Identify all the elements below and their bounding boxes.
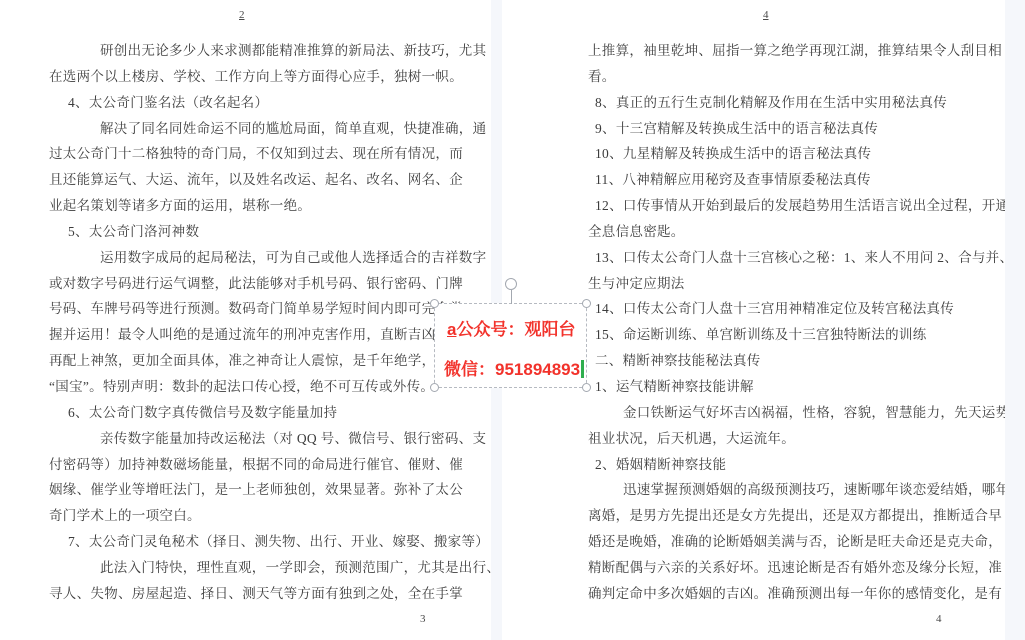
text-line: 研创出无论多少人来求测都能精准推算的新局法、新技巧，尤其 <box>100 38 479 64</box>
watermark-line2-text: 微信：951894893 <box>444 360 580 379</box>
text-line: 14、口传太公奇门人盘十三宫用神精准定位及转宫秘法真传 <box>595 296 998 322</box>
text-line: 离婚，是男方先提出还是女方先提出，还是双方都提出，推断适合早 <box>588 503 998 529</box>
resize-handle-bottom-right[interactable] <box>582 383 591 392</box>
watermark-annotation-box[interactable]: a公众号：观阳台 微信：951894893 <box>434 303 587 388</box>
text-line: “国宝”。特别声明：数卦的起法口传心授，绝不可互传或外传。 <box>49 374 479 400</box>
resize-handle-top-right[interactable] <box>582 299 591 308</box>
text-line: 全息信息密匙。 <box>588 219 998 245</box>
text-line: 解决了同名同姓命运不同的尴尬局面，简单直观，快捷准确，通 <box>100 116 479 142</box>
text-line: 寻人、失物、房屋起造、择日、测天气等方面有独到之处，全在手掌 <box>49 581 479 607</box>
text-line: 亲传数字能量加持改运秘法（对 QQ 号、微信号、银行密码、支 <box>100 426 479 452</box>
text-line: 15、命运断训练、单宫断训练及十三宫独特断法的训练 <box>595 322 998 348</box>
text-line: 看。 <box>588 64 998 90</box>
text-line: 1、运气精断神察技能讲解 <box>595 374 998 400</box>
text-line: 二、精断神察技能秘法真传 <box>595 348 998 374</box>
text-cursor <box>581 360 584 378</box>
text-line: 4、太公奇门鉴名法（改名起名） <box>68 90 479 116</box>
text-line: 业起名策划等诸多方面的运用，堪称一绝。 <box>49 193 479 219</box>
text-line: 且还能算运气、大运、流年，以及姓名改运、起名、改名、网名、企 <box>49 167 479 193</box>
document-viewer-canvas: { "canvas": { "background_color": "#f5f7… <box>0 0 1025 640</box>
text-line: 8、真正的五行生克制化精解及作用在生活中实用秘法真传 <box>595 90 998 116</box>
page-number-header: 4 <box>763 9 769 21</box>
text-line: 上推算，袖里乾坤、屈指一算之绝学再现江湖，推算结果令人刮目相 <box>588 38 998 64</box>
text-line: 确判定命中多次婚姻的吉凶。准确预测出每一年你的感情变化，是有 <box>588 581 998 607</box>
text-line: 过太公奇门十二格独特的奇门局，不仅知到过去、现在所有情况，而 <box>49 141 479 167</box>
text-line: 再配上神煞，更加全面具体，准之神奇让人震惊，是千年绝学，堪称 <box>49 348 479 374</box>
rotate-handle-stem <box>511 290 512 304</box>
text-line: 生与冲定应期法 <box>588 271 998 297</box>
page-number-footer: 4 <box>936 613 942 625</box>
text-line: 或对数字号码进行运气调整，此法能够对手机号码、银行密码、门牌 <box>49 271 479 297</box>
text-line: 付密码等）加持神数磁场能量，根据不同的命局进行催官、催财、催 <box>49 452 479 478</box>
resize-handle-bottom-left[interactable] <box>430 383 439 392</box>
text-line: 号码、车牌号码等进行预测。数码奇门简单易学短时间内即可完全掌 <box>49 296 479 322</box>
page-text: 上推算，袖里乾坤、屈指一算之绝学再现江湖，推算结果令人刮目相看。8、真正的五行生… <box>588 38 998 607</box>
text-line: 婚还是晚婚，准确的论断婚姻美满与否，论断是旺夫命还是克夫命， <box>588 529 998 555</box>
text-line: 此法入门特快，理性直观，一学即会，预测范围广，尤其是出行、 <box>100 555 479 581</box>
text-line: 金口铁断运气好坏吉凶祸福，性格，容貌，智慧能力，先天运势， <box>623 400 998 426</box>
text-line: 奇门学术上的一项空白。 <box>49 503 479 529</box>
text-line: 2、婚姻精断神察技能 <box>595 452 998 478</box>
resize-handle-top-left[interactable] <box>430 299 439 308</box>
text-line: 祖业状况，后天机遇，大运流年。 <box>588 426 998 452</box>
page-number-header: 2 <box>239 9 245 21</box>
text-line: 在选两个以上楼房、学校、工作方向上等方面得心应手，独树一帜。 <box>49 64 479 90</box>
text-line: 6、太公奇门数字真传微信号及数字能量加持 <box>68 400 479 426</box>
text-line: 运用数字成局的起局秘法，可为自己或他人选择适合的吉祥数字 <box>100 245 479 271</box>
rotate-handle[interactable] <box>505 278 517 290</box>
text-line: 12、口传事情从开始到最后的发展趋势用生活语言说出全过程，开通 <box>595 193 998 219</box>
page-text: 研创出无论多少人来求测都能精准推算的新局法、新技巧，尤其在选两个以上楼房、学校、… <box>49 38 479 607</box>
watermark-line1-text: 公众号：观阳台 <box>456 320 575 339</box>
text-line: 11、八神精解应用秘窍及查事情原委秘法真传 <box>595 167 998 193</box>
text-line: 10、九星精解及转换成生活中的语言秘法真传 <box>595 141 998 167</box>
document-page-left: 2 研创出无论多少人来求测都能精准推算的新局法、新技巧，尤其在选两个以上楼房、学… <box>0 0 491 640</box>
page-number-footer: 3 <box>420 613 426 625</box>
watermark-line-1: a公众号：观阳台 <box>447 315 575 340</box>
text-line: 迅速掌握预测婚姻的高级预测技巧，速断哪年谈恋爱结婚，哪年 <box>623 477 998 503</box>
text-line: 13、口传太公奇门人盘十三宫核心之秘：1、来人不用问 2、合与并、 <box>595 245 998 271</box>
text-line: 姻缘、催学业等增旺法门，是一上老师独创，效果显著。弥补了太公 <box>49 477 479 503</box>
text-line: 7、太公奇门灵龟秘术（择日、测失物、出行、开业、嫁娶、搬家等） <box>68 529 479 555</box>
text-line: 精断配偶与六亲的关系好坏。迅速论断是否有婚外恋及缘分长短，准 <box>588 555 998 581</box>
text-line: 5、太公奇门洛河神数 <box>68 219 479 245</box>
watermark-line-2: 微信：951894893 <box>444 355 584 380</box>
text-line: 9、十三宫精解及转换成生活中的语言秘法真传 <box>595 116 998 142</box>
text-line: 握并运用！最令人叫绝的是通过流年的刑冲克害作用，直断吉凶祸福， <box>49 322 479 348</box>
